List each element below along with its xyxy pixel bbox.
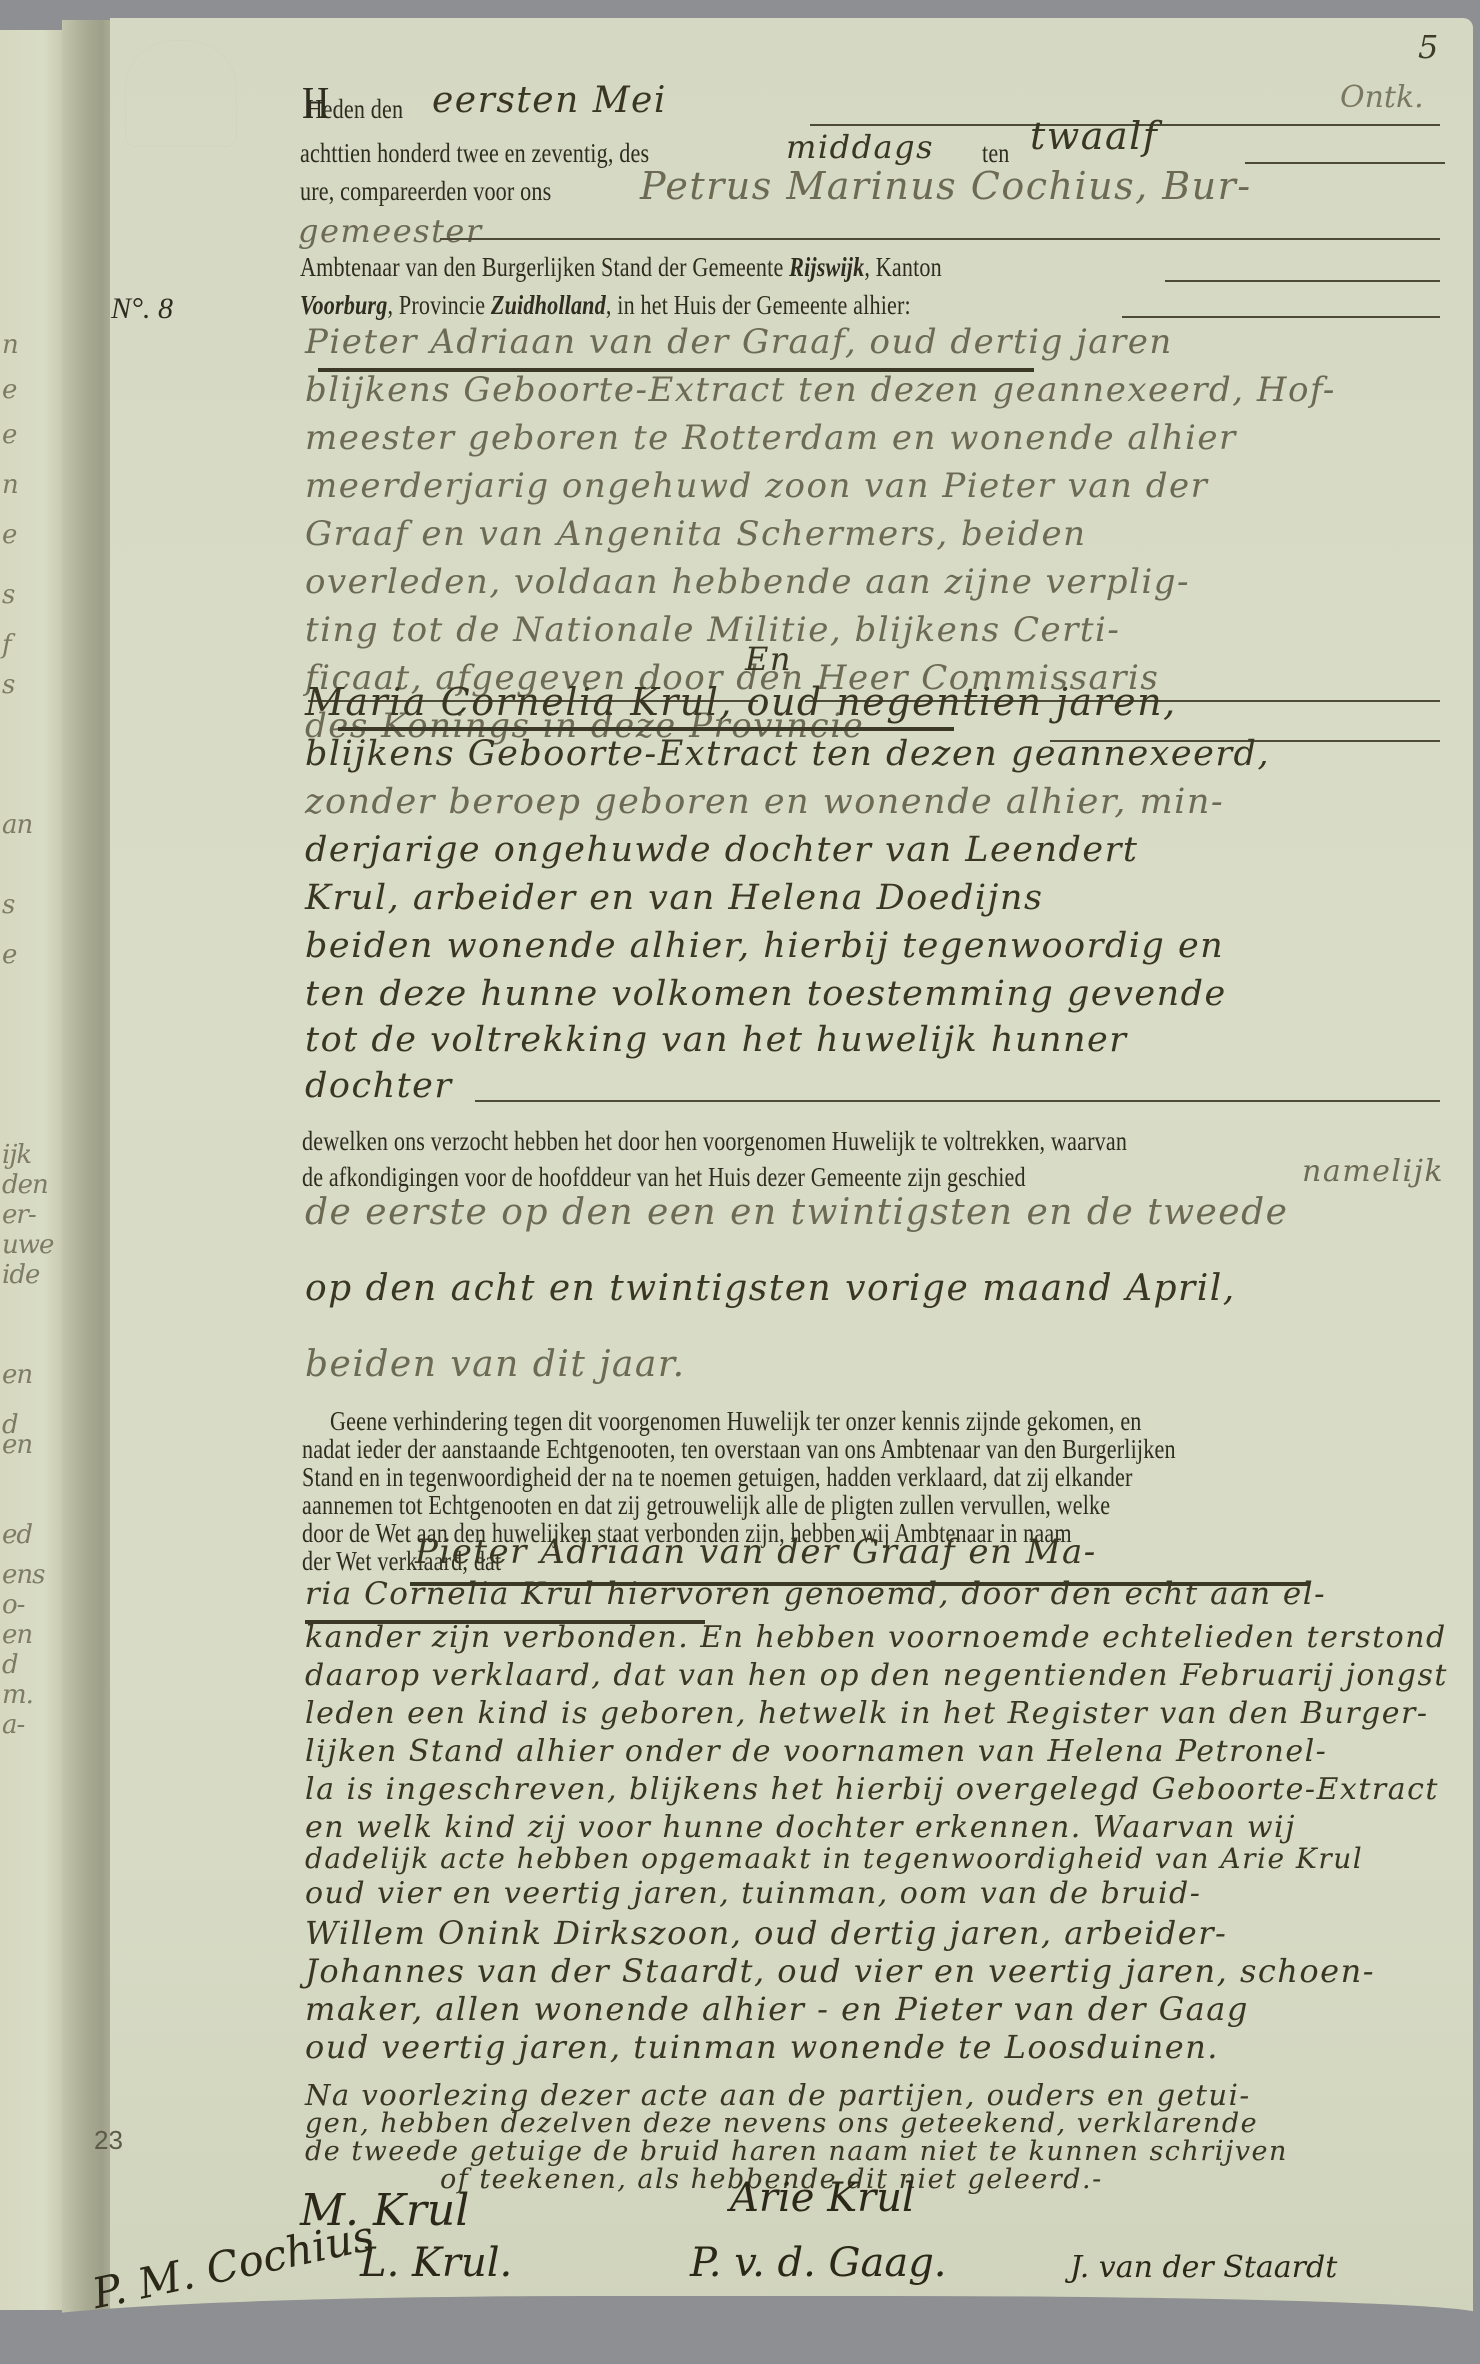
- continuation-line: oud vier en veertig jaren, tuinman, oom …: [305, 1876, 1201, 1911]
- separator-en: En: [745, 640, 792, 678]
- proclamation-printed-1: dewelken ons verzocht hebben het door he…: [302, 1126, 1127, 1157]
- declaration-handwritten: Pieter Adriaan van der Graaf en Ma-: [415, 1532, 1097, 1572]
- bride-line: Krul, arbeider en van Helena Doedijns: [305, 878, 1043, 918]
- left-page-fragment: e: [2, 420, 16, 450]
- continuation-line: maker, allen wonende alhier - en Pieter …: [305, 1990, 1249, 2028]
- closing-line: Na voorlezing dezer acte aan de partijen…: [305, 2078, 1251, 2112]
- left-page-fragment: s: [2, 580, 14, 610]
- fill-line: [1165, 280, 1440, 282]
- header-line-1: HHeden den: [302, 88, 403, 125]
- handwritten-hour: twaalf: [1030, 114, 1158, 158]
- continuation-line: en welk kind zij voor hunne dochter erke…: [305, 1810, 1296, 1845]
- fill-line: [1122, 316, 1440, 318]
- continuation-line: daarop verklaard, dat van hen op den neg…: [305, 1658, 1448, 1693]
- bride-line: derjarige ongehuwde dochter van Leendert: [305, 830, 1138, 870]
- printed-text: achttien honderd twee en zeventig, des: [300, 138, 649, 168]
- handwritten-title: gemeester: [298, 212, 483, 250]
- printed-text: Heden den: [306, 94, 403, 124]
- left-page-fragment: ide: [2, 1260, 39, 1290]
- left-page-fragment: er-: [2, 1200, 36, 1230]
- closing-line: de tweede getuige de bruid haren naam ni…: [305, 2136, 1288, 2167]
- groom-line: meester geboren te Rotterdam en wonende …: [305, 418, 1237, 458]
- continuation-line: Johannes van der Staardt, oud vier en ve…: [305, 1952, 1375, 1990]
- canton: Voorburg: [300, 290, 387, 320]
- continuation-line: leden een kind is geboren, hetwelk in he…: [305, 1696, 1428, 1731]
- continuation-line: lijken Stand alhier onder de voornamen v…: [305, 1734, 1327, 1769]
- header-line-3: ure, compareerden voor ons: [300, 176, 551, 207]
- left-page-fragment: en: [2, 1360, 32, 1390]
- groom-line: meerderjarig ongehuwd zoon van Pieter va…: [305, 466, 1208, 506]
- printed-text: , Kanton: [864, 252, 942, 282]
- left-page-fragment: m.: [2, 1680, 33, 1710]
- background-bottom: [0, 2296, 1480, 2364]
- left-page-fragment: d: [2, 1650, 18, 1680]
- bride-line: dochter: [305, 1066, 453, 1106]
- embossed-stamp: [125, 40, 237, 147]
- bride-line: ten deze hunne volkomen toestemming geve…: [305, 974, 1227, 1014]
- fill-line: [1245, 162, 1445, 164]
- continuation-line: ria Cornelia Krul hiervoren genoemd, doo…: [305, 1576, 1326, 1612]
- previous-page-edge: n e e n e s f s an s e ijk den er- uwe i…: [0, 30, 62, 2310]
- bride-line: blijkens Geboorte-Extract ten dezen gean…: [305, 734, 1270, 774]
- left-page-fragment: n: [2, 470, 18, 500]
- proclamation-handwritten: op den acht en twintigsten vorige maand …: [305, 1268, 1236, 1309]
- left-page-fragment: an: [2, 810, 32, 840]
- page-number: 5: [1418, 28, 1438, 66]
- handwritten-date: eersten Mei: [432, 80, 667, 121]
- groom-line: ting tot de Nationale Militie, blijkens …: [305, 610, 1120, 650]
- continuation-line: oud veertig jaren, tuinman wonende te Lo…: [305, 2028, 1219, 2066]
- continuation-line: dadelijk acte hebben opgemaakt in tegenw…: [305, 1842, 1363, 1875]
- signature-p-v-d-gaag: P. v. d. Gaag.: [690, 2240, 947, 2286]
- left-page-fragment: ens: [2, 1560, 44, 1590]
- printed-text: , Provincie: [387, 290, 485, 320]
- printed-text: , in het Huis der Gemeente alhier:: [606, 290, 911, 320]
- declaration-line: Geene verhindering tegen dit voorgenomen…: [330, 1406, 1142, 1437]
- handwritten-namelijk: namelijk: [1302, 1154, 1444, 1189]
- declaration-line: Stand en in tegenwoordigheid der na te n…: [302, 1462, 1133, 1493]
- left-page-fragment: a-: [2, 1710, 24, 1740]
- left-page-fragment: ijk: [2, 1140, 31, 1170]
- left-page-fragment: e: [2, 520, 16, 550]
- left-page-fragment: s: [2, 890, 14, 920]
- handwritten-time-of-day: middags: [786, 128, 934, 166]
- groom-line: Pieter Adriaan van der Graaf, oud dertig…: [305, 322, 1173, 362]
- continuation-line: Willem Onink Dirkszoon, oud dertig jaren…: [305, 1914, 1227, 1952]
- fill-line: [475, 1100, 1440, 1102]
- left-page-fragment: en: [2, 1620, 32, 1650]
- fill-line: [440, 238, 1440, 240]
- bride-line: zonder beroep geboren en wonende alhier,…: [305, 782, 1224, 822]
- bride-line: tot de voltrekking van het huwelijk hunn…: [305, 1020, 1128, 1060]
- proclamation-printed-2: de afkondigingen voor de hoofddeur van h…: [302, 1162, 1026, 1193]
- bride-line: Maria Cornelia Krul, oud negentien jaren…: [305, 680, 1177, 724]
- declaration-line: nadat ieder der aanstaande Echtgenooten,…: [302, 1434, 1176, 1465]
- header-line-5: Ambtenaar van den Burgerlijken Stand der…: [300, 252, 942, 283]
- closing-line: gen, hebben dezelven deze nevens ons get…: [305, 2108, 1258, 2139]
- left-page-fragment: e: [2, 375, 16, 405]
- printed-text: Ambtenaar van den Burgerlijken Stand der…: [300, 252, 783, 282]
- continuation-line: la is ingeschreven, blijkens het hierbij…: [305, 1772, 1439, 1807]
- handwritten-official-name: Petrus Marinus Cochius, Bur-: [640, 164, 1252, 208]
- signature-l-krul: L. Krul.: [360, 2240, 512, 2286]
- continuation-line: kander zijn verbonden. En hebben voornoe…: [305, 1620, 1447, 1655]
- groom-line: Graaf en van Angenita Schermers, beiden: [305, 514, 1087, 554]
- left-page-fragment: ed: [2, 1520, 32, 1550]
- province: Zuidholland: [491, 290, 606, 320]
- signature-arie-krul: Arie Krul: [730, 2175, 915, 2221]
- header-line-2: achttien honderd twee en zeventig, des: [300, 138, 649, 169]
- declaration-line: aannemen tot Echtgenooten en dat zij get…: [302, 1490, 1110, 1521]
- municipality: Rijswijk: [789, 252, 864, 282]
- corner-annotation: Ontk.: [1340, 80, 1424, 115]
- left-page-fragment: s: [2, 670, 14, 700]
- name-underline: [338, 727, 954, 731]
- signature-j-van-der-staardt: J. van der Staardt: [1070, 2250, 1337, 2285]
- bride-line: beiden wonende alhier, hierbij tegenwoor…: [305, 926, 1224, 966]
- proclamation-handwritten: beiden van dit jaar.: [305, 1344, 686, 1385]
- left-page-fragment: o-: [2, 1590, 24, 1620]
- header-line-6: Voorburg, Provincie Zuidholland, in het …: [300, 290, 911, 321]
- proclamation-handwritten: de eerste op den een en twintigsten en d…: [305, 1192, 1288, 1233]
- left-page-fragment: en: [2, 1430, 32, 1460]
- left-page-fragment: den: [2, 1170, 48, 1200]
- margin-number: 23: [94, 2125, 123, 2156]
- left-page-fragment: n: [2, 330, 18, 360]
- act-number: N°. 8: [111, 292, 173, 326]
- groom-line: overleden, voldaan hebbende aan zijne ve…: [305, 562, 1190, 602]
- left-page-fragment: f: [2, 630, 11, 660]
- left-page-fragment: e: [2, 940, 16, 970]
- left-page-fragment: uwe: [2, 1230, 53, 1260]
- groom-line: blijkens Geboorte-Extract ten dezen gean…: [305, 370, 1336, 410]
